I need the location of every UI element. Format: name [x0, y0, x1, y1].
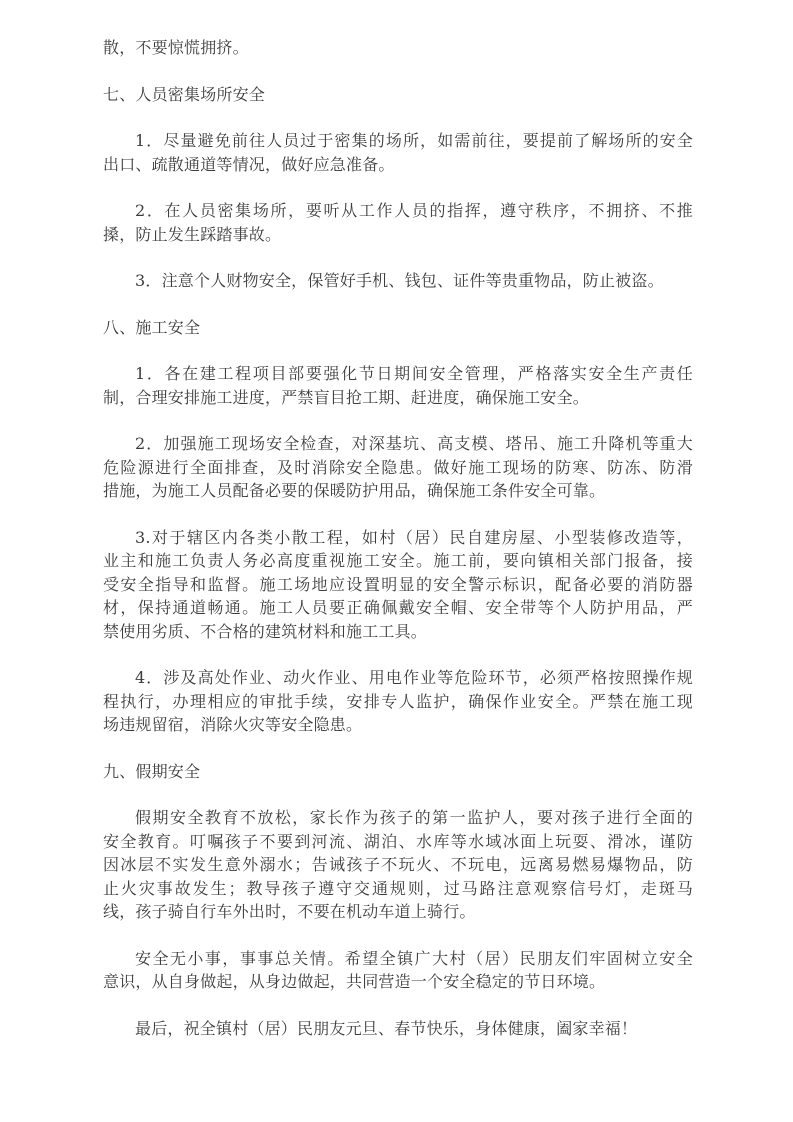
paragraph: 4．涉及高处作业、动火作业、用电作业等危险环节，必须严格按照操作规程执行，办理相… — [103, 666, 693, 737]
text-line: 4．涉及高处作业、动火作业、用电作业等危险环节，必须严格按照操作规 — [103, 666, 693, 690]
text-line: 受安全指导和监督。施工场地应设置明显的安全警示标识，配备必要的消防器 — [103, 573, 693, 597]
section-heading: 八、施工安全 — [103, 316, 693, 340]
paragraph: 1．尽量避免前往人员过于密集的场所，如需前往，要提前了解场所的安全出口、疏散通道… — [103, 129, 693, 176]
paragraph-continuation: 散，不要惊慌拥挤。 — [103, 36, 693, 60]
text-line: 2．在人员密集场所，要听从工作人员的指挥，遵守秩序，不拥挤、不推 — [103, 199, 693, 223]
text-line: 线，孩子骑自行车外出时，不要在机动车道上骑行。 — [103, 900, 693, 924]
text-line: 搡，防止发生踩踏事故。 — [103, 223, 693, 247]
paragraph: 安全无小事，事事总关情。希望全镇广大村（居）民朋友们牢固树立安全意识，从自身做起… — [103, 947, 693, 994]
text-line: 制，合理安排施工进度，严禁盲目抢工期、赶进度，确保施工安全。 — [103, 386, 693, 410]
text-line: 八、施工安全 — [103, 316, 693, 340]
text-line: 3.对于辖区内各类小散工程，如村（居）民自建房屋、小型装修改造等， — [103, 526, 693, 550]
paragraph: 3.对于辖区内各类小散工程，如村（居）民自建房屋、小型装修改造等，业主和施工负责… — [103, 526, 693, 644]
text-line: 禁使用劣质、不合格的建筑材料和施工工具。 — [103, 620, 693, 644]
text-line: 因冰层不实发生意外溺水；告诫孩子不玩火、不玩电，远离易燃易爆物品，防 — [103, 853, 693, 877]
paragraph: 3．注意个人财物安全，保管好手机、钱包、证件等贵重物品，防止被盗。 — [103, 269, 693, 293]
paragraph: 2．在人员密集场所，要听从工作人员的指挥，遵守秩序，不拥挤、不推搡，防止发生踩踏… — [103, 199, 693, 246]
text-line: 措施，为施工人员配备必要的保暖防护用品，确保施工条件安全可靠。 — [103, 479, 693, 503]
section-heading: 七、人员密集场所安全 — [103, 83, 693, 107]
text-line: 业主和施工负责人务必高度重视施工安全。施工前，要向镇相关部门报备，接 — [103, 549, 693, 573]
text-line: 安全无小事，事事总关情。希望全镇广大村（居）民朋友们牢固树立安全 — [103, 947, 693, 971]
text-line: 2．加强施工现场安全检查，对深基坑、高支模、塔吊、施工升降机等重大 — [103, 432, 693, 456]
paragraph: 假期安全教育不放松，家长作为孩子的第一监护人，要对孩子进行全面的安全教育。叮嘱孩… — [103, 806, 693, 924]
text-line: 危险源进行全面排查，及时消除安全隐患。做好施工现场的防寒、防冻、防滑 — [103, 456, 693, 480]
paragraph: 1．各在建工程项目部要强化节日期间安全管理，严格落实安全生产责任制，合理安排施工… — [103, 362, 693, 409]
text-line: 九、假期安全 — [103, 760, 693, 784]
text-line: 1．各在建工程项目部要强化节日期间安全管理，严格落实安全生产责任 — [103, 362, 693, 386]
text-line: 3．注意个人财物安全，保管好手机、钱包、证件等贵重物品，防止被盗。 — [103, 269, 693, 293]
text-line: 意识，从自身做起，从身边做起，共同营造一个安全稳定的节日环境。 — [103, 970, 693, 994]
text-line: 材，保持通道畅通。施工人员要正确佩戴安全帽、安全带等个人防护用品，严 — [103, 596, 693, 620]
document-text-body: 散，不要惊慌拥挤。七、人员密集场所安全1．尽量避免前往人员过于密集的场所，如需前… — [103, 36, 693, 1040]
text-line: 散，不要惊慌拥挤。 — [103, 36, 693, 60]
section-heading: 九、假期安全 — [103, 760, 693, 784]
text-line: 止火灾事故发生；教导孩子遵守交通规则，过马路注意观察信号灯，走斑马 — [103, 877, 693, 901]
text-line: 1．尽量避免前往人员过于密集的场所，如需前往，要提前了解场所的安全 — [103, 129, 693, 153]
paragraph: 最后，祝全镇村（居）民朋友元旦、春节快乐，身体健康，阖家幸福！ — [103, 1017, 693, 1041]
text-line: 程执行，办理相应的审批手续，安排专人监护，确保作业安全。严禁在施工现 — [103, 690, 693, 714]
text-line: 出口、疏散通道等情况，做好应急准备。 — [103, 153, 693, 177]
text-line: 七、人员密集场所安全 — [103, 83, 693, 107]
text-line: 假期安全教育不放松，家长作为孩子的第一监护人，要对孩子进行全面的 — [103, 806, 693, 830]
text-line: 安全教育。叮嘱孩子不要到河流、湖泊、水库等水域冰面上玩耍、滑冰，谨防 — [103, 830, 693, 854]
text-line: 最后，祝全镇村（居）民朋友元旦、春节快乐，身体健康，阖家幸福！ — [103, 1017, 693, 1041]
paragraph: 2．加强施工现场安全检查，对深基坑、高支模、塔吊、施工升降机等重大危险源进行全面… — [103, 432, 693, 503]
text-line: 场违规留宿，消除火灾等安全隐患。 — [103, 713, 693, 737]
document-page: 散，不要惊慌拥挤。七、人员密集场所安全1．尽量避免前往人员过于密集的场所，如需前… — [0, 0, 793, 1122]
